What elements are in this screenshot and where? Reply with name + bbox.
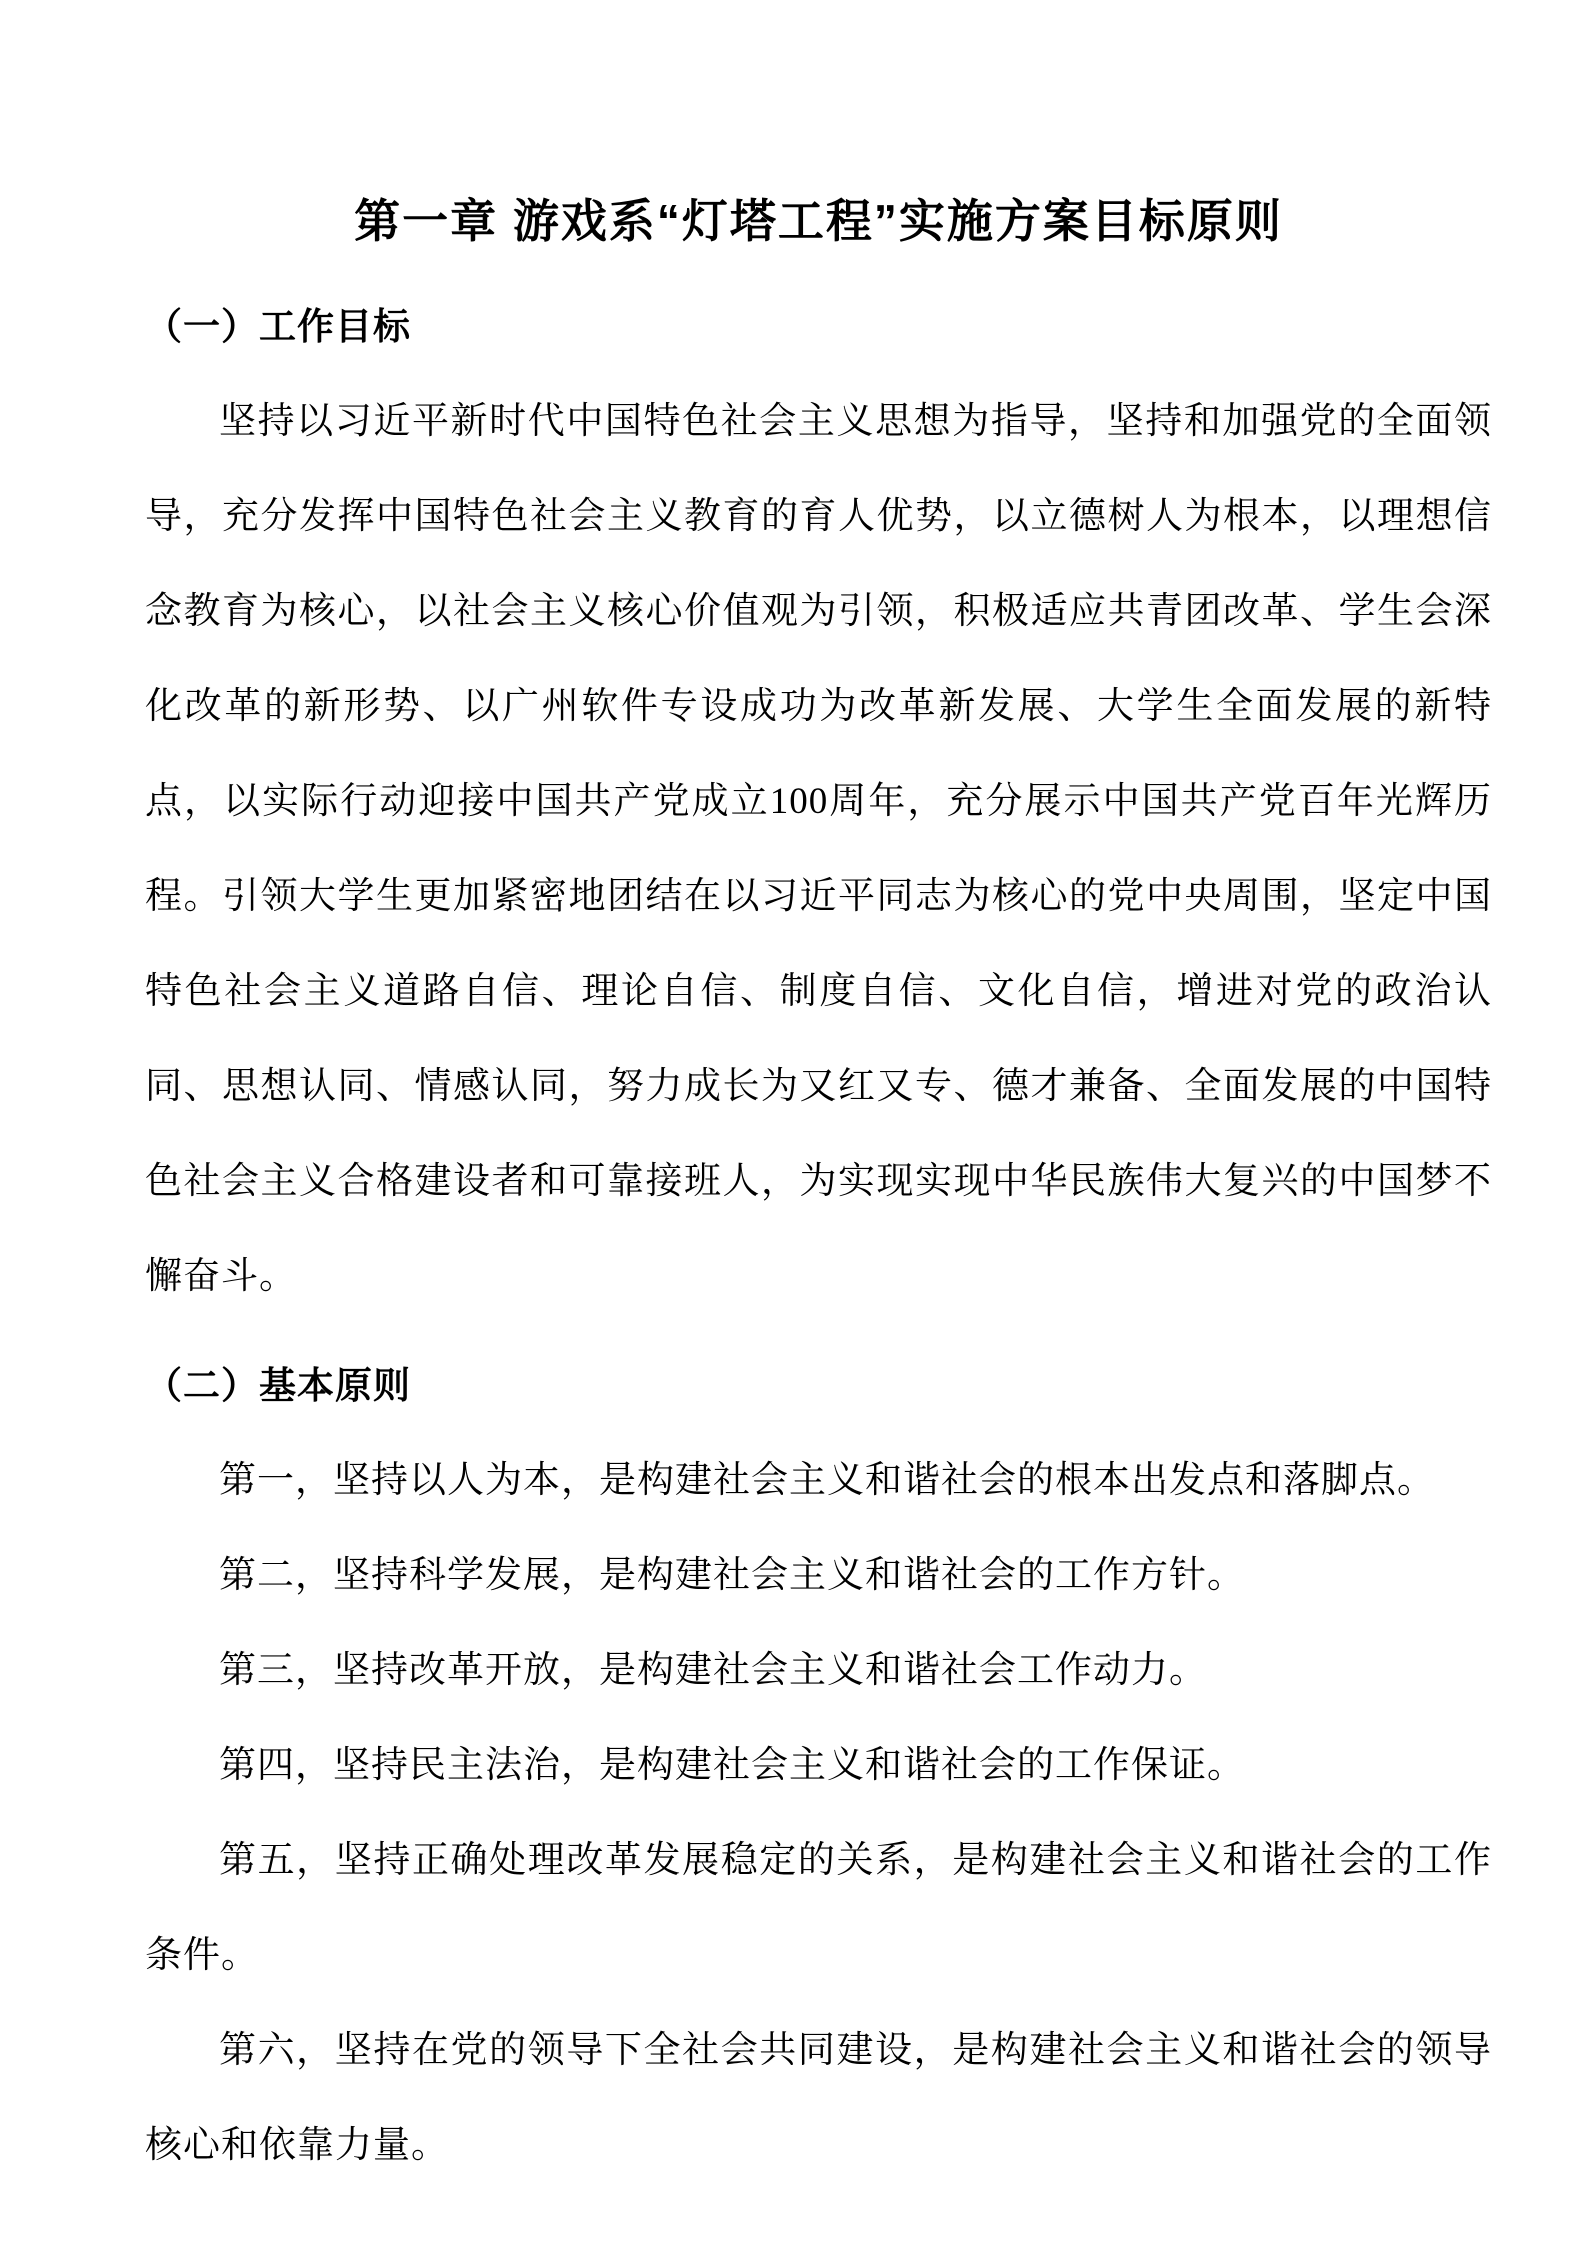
chapter-title: 第一章 游戏系“灯塔工程”实施方案目标原则	[145, 185, 1492, 257]
principle-item-4: 第四，坚持民主法治，是构建社会主义和谐社会的工作保证。	[145, 1718, 1492, 1813]
section-heading-work-goals: （一）工作目标	[145, 279, 1492, 374]
principle-item-5: 第五，坚持正确处理改革发展稳定的关系，是构建社会主义和谐社会的工作条件。	[145, 1813, 1492, 2003]
principle-item-6: 第六，坚持在党的领导下全社会共同建设，是构建社会主义和谐社会的领导核心和依靠力量…	[145, 2003, 1492, 2193]
principle-item-2: 第二，坚持科学发展，是构建社会主义和谐社会的工作方针。	[145, 1528, 1492, 1623]
work-goals-paragraph: 坚持以习近平新时代中国特色社会主义思想为指导，坚持和加强党的全面领导，充分发挥中…	[145, 374, 1492, 1324]
principle-item-1: 第一，坚持以人为本，是构建社会主义和谐社会的根本出发点和落脚点。	[145, 1433, 1492, 1528]
principle-item-3: 第三，坚持改革开放，是构建社会主义和谐社会工作动力。	[145, 1623, 1492, 1718]
section-heading-basic-principles: （二）基本原则	[145, 1338, 1492, 1433]
document-page: 第一章 游戏系“灯塔工程”实施方案目标原则 （一）工作目标 坚持以习近平新时代中…	[0, 0, 1587, 2244]
